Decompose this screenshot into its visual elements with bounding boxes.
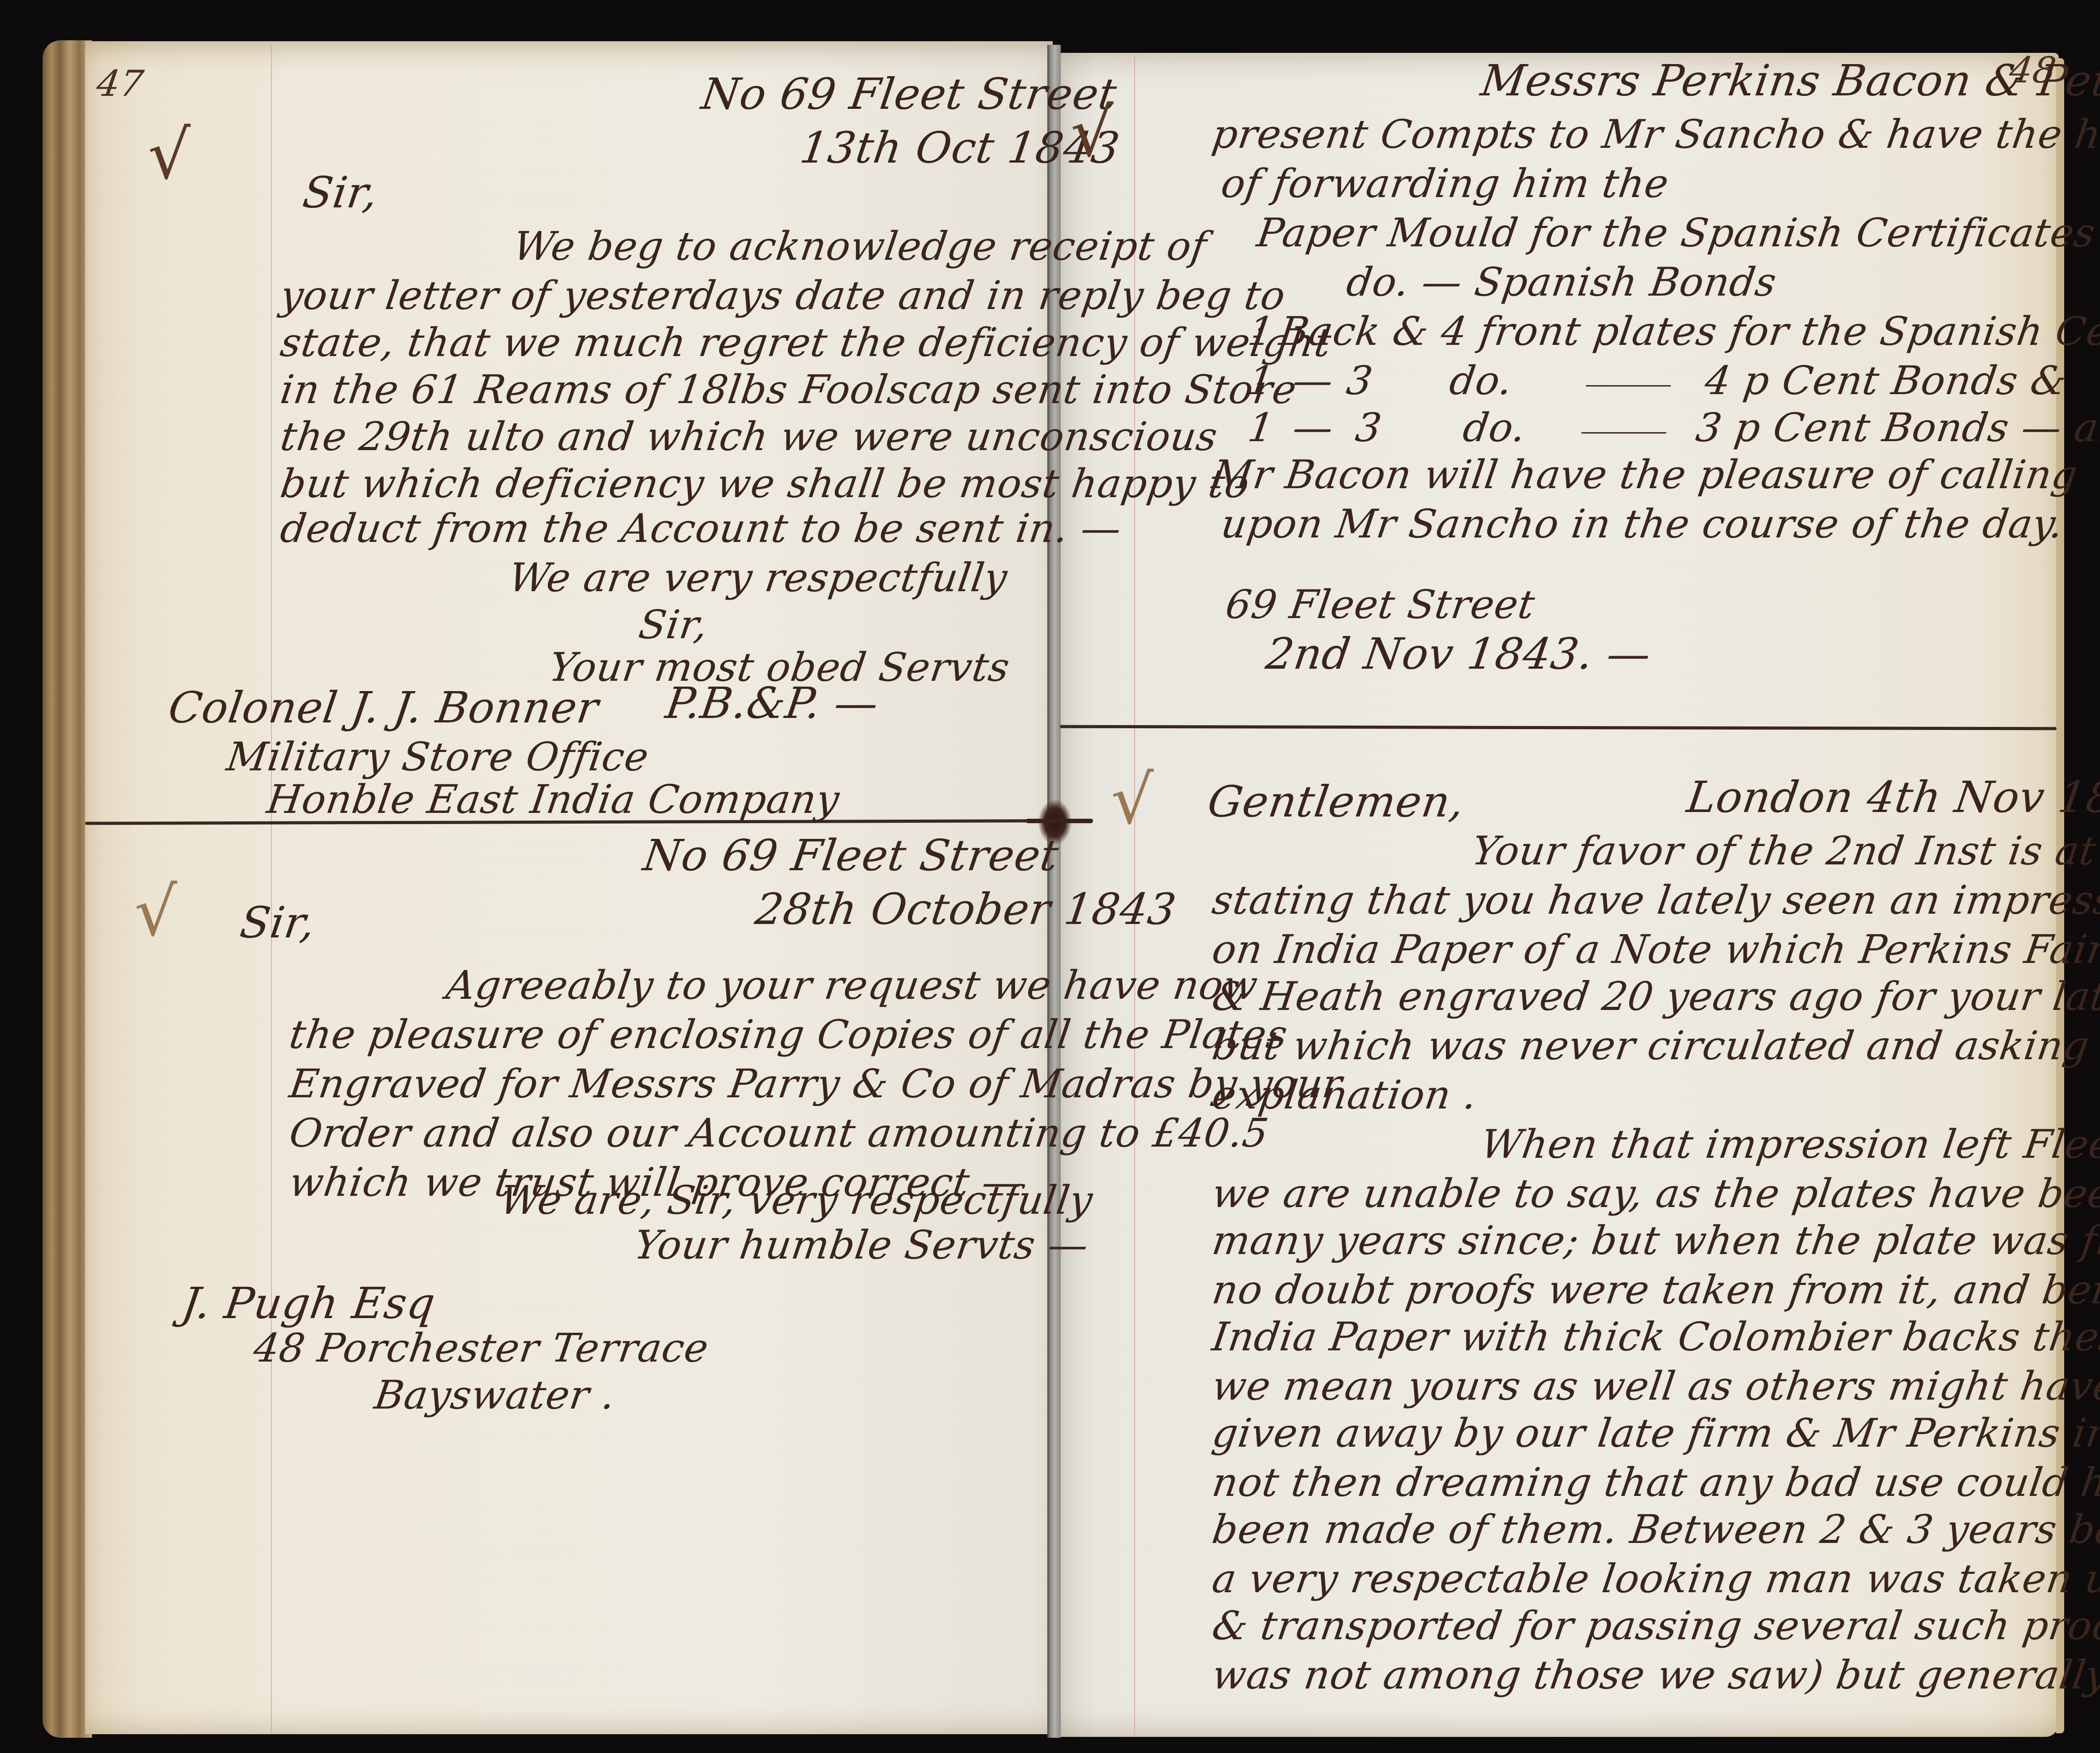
letter-place-date: London 4th Nov 1843 (1684, 775, 2100, 820)
letter-body-line: of forwarding him the (1218, 161, 1672, 206)
item-line: do. — Spanish Bonds (1344, 260, 1779, 305)
recipient-line: 48 Porchester Terrace (251, 1326, 711, 1371)
check-mark-icon: √ (1071, 94, 1114, 172)
check-mark-icon: √ (1111, 761, 1154, 839)
letter-body-line: & Heath engraved 20 years ago for your l… (1209, 974, 2100, 1019)
letter-body-line: many years since; but when the plate was… (1209, 1218, 2100, 1263)
letter-header: Messrs Perkins Bacon & Petch — (1478, 58, 2100, 103)
recipient-line: Honble East India Company (264, 777, 842, 822)
letter-body-line: upon Mr Sancho in the course of the day. (1218, 502, 2066, 546)
letter-address: 69 Fleet Street (1223, 582, 1538, 627)
letter-body-line: a very respectable looking man was taken… (1209, 1556, 2100, 1601)
letter-body-line: Order and also our Account amounting to … (287, 1111, 1271, 1156)
letter-body-line: explanation . (1209, 1073, 1480, 1117)
letter-body-line: state, that we much regret the deficienc… (278, 320, 1334, 365)
letter-body-line: your letter of yesterdays date and in re… (278, 273, 1288, 318)
letter-body-line: on India Paper of a Note which Perkins F… (1209, 927, 2100, 972)
letter-body-line: given away by our late firm & Mr Perkins… (1209, 1411, 2100, 1456)
folio-number-left: 47 (94, 63, 146, 104)
letter-body-line: but which deficiency we shall be most ha… (278, 461, 1252, 506)
letter-body-line: we are unable to say, as the plates have… (1209, 1171, 2100, 1216)
letter-salutation: Sir, (237, 900, 318, 945)
letter-body-line: not then dreaming that any bad use could… (1209, 1460, 2100, 1505)
letter-body-line: but which was never circulated and askin… (1209, 1023, 2100, 1068)
letter-body-line: present Compts to Mr Sancho & have the h… (1209, 112, 2100, 157)
dash-rule (1586, 385, 1671, 387)
letter-body-line: we mean yours as well as others might ha… (1209, 1364, 2100, 1409)
letter-body-line: Mr Bacon will have the pleasure of calli… (1209, 452, 2081, 497)
letter-closing: We are very respectfully (506, 555, 1010, 600)
letter-body-line: in the 61 Reams of 18lbs Foolscap sent i… (278, 367, 1300, 412)
recipient-line: Bayswater . (372, 1373, 618, 1418)
item-line: Paper Mould for the Spanish Certificates (1254, 211, 2098, 255)
letter-body-line: Your favor of the 2nd Inst is at hand (1469, 829, 2100, 873)
letter-body-line: was not among those we saw) but generall… (1209, 1653, 2100, 1697)
letter-address: No 69 Fleet Street (699, 72, 1120, 116)
recipient-line: J. Pugh Esq (179, 1281, 438, 1326)
letter-address: No 69 Fleet Street (641, 833, 1062, 878)
letter-body-line: no doubt proofs were taken from it, and … (1209, 1267, 2100, 1312)
item-line: Back & 4 front plates for the Spanish Ce… (1277, 309, 2100, 354)
letter-body-line: Agreeably to your request we have now (443, 963, 1261, 1008)
recipient-line: Colonel J. J. Bonner (166, 685, 601, 730)
letter-signature: P.B.&P. — (663, 681, 881, 726)
check-mark-icon: √ (148, 116, 191, 194)
letter-salutation: Gentlemen, (1205, 779, 1467, 824)
page-block-edge-left (43, 40, 92, 1738)
letter-body-line: stating that you have lately seen an imp… (1209, 878, 2100, 923)
letter-closing: We are, Sir, very respectfully (497, 1178, 1096, 1223)
letter-closing: Sir, (636, 602, 711, 647)
check-mark-icon: √ (134, 873, 177, 951)
letter-salutation: Sir, (300, 170, 381, 215)
letter-body-line: the pleasure of enclosing Copies of all … (287, 1012, 1291, 1057)
item-ditto: do. (1447, 358, 1515, 403)
letter-body-line: the 29th ulto and which we were unconsci… (278, 414, 1220, 459)
item-ditto: do. (1460, 405, 1529, 450)
letter-body-line: When that impression left Fleet Street (1478, 1122, 2100, 1167)
letter-body-line: India Paper with thick Colombier backs t… (1209, 1315, 2100, 1359)
letter-body-line: Engraved for Messrs Parry & Co of Madras… (287, 1061, 1345, 1106)
letter-closing: Your humble Servts — (632, 1223, 1091, 1267)
item-sep: — (1290, 405, 1336, 450)
letter-body-line: been made of them. Between 2 & 3 years b… (1209, 1507, 2100, 1552)
item-line: 4 p Cent Bonds & (1702, 358, 2070, 403)
letter-date: 2nd Nov 1843. — (1263, 632, 1654, 676)
letter-body-line: & transported for passing several such p… (1209, 1603, 2100, 1648)
letter-date: 28th October 1843 (753, 887, 1179, 932)
item-line: 3 p Cent Bonds — and (1693, 405, 2100, 450)
recipient-line: Military Store Office (224, 735, 652, 779)
dash-rule (1581, 432, 1666, 434)
item-sep: — (1290, 358, 1336, 403)
ink-blot-stroke (1026, 819, 1093, 823)
letter-body-line: We beg to acknowledge receipt of (511, 224, 1209, 269)
letter-body-line: deduct from the Account to be sent in. — (278, 506, 1124, 551)
left-page-margin-rule (271, 45, 272, 1733)
